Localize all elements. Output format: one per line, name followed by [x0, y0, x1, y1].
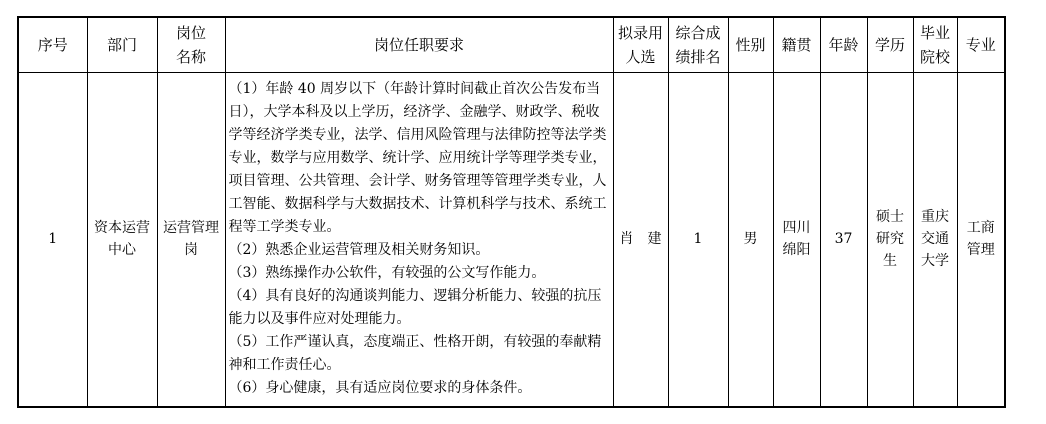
cell-requirements: （1）年龄 40 周岁以下（年龄计算时间截止首次公告发布当日），大学本科及以上学… — [225, 72, 613, 407]
cell-education: 硕士 研究 生 — [867, 72, 913, 407]
col-header-hometown: 籍贯 — [773, 17, 820, 72]
requirement-item: （5）工作严谨认真，态度端正、性格开朗，有较强的奉献精神和工作责任心。 — [229, 331, 610, 377]
requirement-item: （1）年龄 40 周岁以下（年龄计算时间截止首次公告发布当日），大学本科及以上学… — [229, 78, 610, 239]
cell-position-name: 运营管理 岗 — [157, 72, 225, 407]
col-header-gender: 性别 — [728, 17, 773, 72]
cell-school: 重庆 交通 大学 — [913, 72, 957, 407]
cell-major: 工商 管理 — [957, 72, 1005, 407]
col-header-school: 毕业 院校 — [913, 17, 957, 72]
col-header-position-name: 岗位 名称 — [157, 17, 225, 72]
col-header-major: 专业 — [957, 17, 1005, 72]
col-header-requirements: 岗位任职要求 — [225, 17, 613, 72]
cell-age: 37 — [820, 72, 867, 407]
header-row: 序号 部门 岗位 名称 岗位任职要求 拟录用 人选 综合成 绩排名 性别 籍贯 … — [18, 17, 1005, 72]
document-page: 序号 部门 岗位 名称 岗位任职要求 拟录用 人选 综合成 绩排名 性别 籍贯 … — [0, 0, 1046, 424]
recruitment-result-table: 序号 部门 岗位 名称 岗位任职要求 拟录用 人选 综合成 绩排名 性别 籍贯 … — [17, 16, 1006, 408]
col-header-rank: 综合成 绩排名 — [668, 17, 728, 72]
cell-department: 资本运营 中心 — [87, 72, 157, 407]
requirement-item: （2）熟悉企业运营管理及相关财务知识。 — [229, 239, 610, 262]
col-header-age: 年龄 — [820, 17, 867, 72]
table-row: 1 资本运营 中心 运营管理 岗 （1）年龄 40 周岁以下（年龄计算时间截止首… — [18, 72, 1005, 407]
col-header-serial: 序号 — [18, 17, 87, 72]
col-header-candidate: 拟录用 人选 — [613, 17, 668, 72]
cell-gender: 男 — [728, 72, 773, 407]
cell-serial: 1 — [18, 72, 87, 407]
requirement-item: （6）身心健康，具有适应岗位要求的身体条件。 — [229, 377, 610, 400]
col-header-department: 部门 — [87, 17, 157, 72]
requirement-item: （3）熟练操作办公软件，有较强的公文写作能力。 — [229, 262, 610, 285]
col-header-education: 学历 — [867, 17, 913, 72]
cell-candidate: 肖 建 — [613, 72, 668, 407]
cell-hometown: 四川 绵阳 — [773, 72, 820, 407]
cell-rank: 1 — [668, 72, 728, 407]
requirement-item: （4）具有良好的沟通谈判能力、逻辑分析能力、较强的抗压能力以及事件应对处理能力。 — [229, 285, 610, 331]
